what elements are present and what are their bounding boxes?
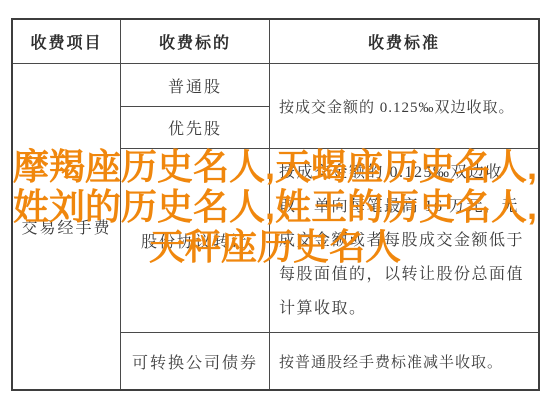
header-fee-standard: 收费标准 xyxy=(270,20,538,63)
header-fee-target: 收费标的 xyxy=(121,20,269,63)
cell-standard-transfer: 按成交金额的 0.125‰双边收取，单向每笔最高 16 万元，无成交金额或者每股… xyxy=(270,149,538,332)
cell-standard-bond: 按普通股经手费标准减半收取。 xyxy=(270,333,538,389)
fee-table: 收费项目 收费标的 收费标准 交易经手费 普通股 按成交金额的 0.125‰双边… xyxy=(11,18,540,391)
cell-convertible-bond: 可转换公司债券 xyxy=(121,333,269,389)
cell-standard-stock: 按成交金额的 0.125‰双边收取。 xyxy=(270,64,538,148)
cell-fee-item: 交易经手费 xyxy=(13,64,120,389)
cell-common-stock: 普通股 xyxy=(121,64,269,106)
header-fee-item: 收费项目 xyxy=(13,20,120,63)
cell-agreement-transfer: 股份协议转让 xyxy=(121,149,269,332)
document-page: 收费项目 收费标的 收费标准 交易经手费 普通股 按成交金额的 0.125‰双边… xyxy=(0,0,550,402)
cell-preferred-stock: 优先股 xyxy=(121,107,269,148)
